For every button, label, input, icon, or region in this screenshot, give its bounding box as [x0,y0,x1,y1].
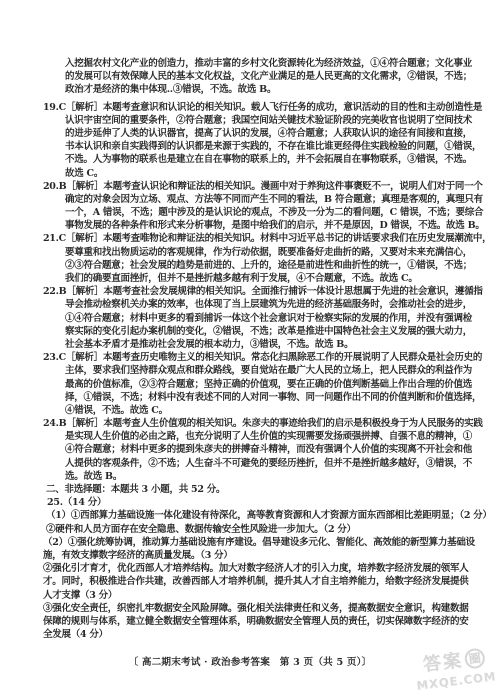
answer-cont-line: 一个，A 错误，不选；题中涉及的是认识论的观点，不涉及一分为二的看问题，C 错误… [65,206,473,219]
question18-tail-paragraph: 入挖掘农村文化产业的创造力，推动丰富的乡村文化资源转化为经济效益，①④符合题意；… [43,57,473,97]
answer-first-line: 20.B［解析］本题考查认识论和辩证法的相关知识。漫画中对于养狗这件事褒贬不一，… [43,180,473,193]
answer-cont-line: ①④符合题意；材料中更多的看到捕诉一体这个社会意识对于检察实际的发展的作用，并没… [65,312,473,325]
intro-line: 入挖掘农村文化产业的创造力，推动丰富的乡村文化资源转化为经济效益，①④符合题意；… [65,57,473,70]
answer-cont-line: 人提供的客观条件，②不选；人生奋斗不可避免的要经历挫折，但并不是挫折越多越好，③… [65,457,473,470]
q25-line: 保障的规则与体系，建立健全数据安全管理体系，明确数据安全管理人员的责任，切实保障… [43,615,473,628]
answer-cont-line: ④错误，不选。故选 C。 [65,404,473,417]
answer-cont-line: 是实现人生价值的必由之路，也充分说明了人生价值的实现需要发扬顽强拼搏、自强不息的… [65,430,473,443]
answer-cont-line: 故选 C。 [65,167,473,180]
answer-first-text: ［解析］本题考查意识和认识论的相关知识。载人飞行任务的成功，意识活动的目的性和主… [66,102,482,113]
answer-cont-line: 认识宇宙空间的重要条件，②符合题意；我国空间站关键技术验证阶段的完美收官也说明了… [65,114,473,127]
answer-first-text: ［解析］本题考查历史唯物主义的相关知识。常态化扫黑除恶工作的开展说明了人民群众是… [66,352,482,363]
answer-cont-line: 主体，要求我们坚持群众观点和群众路线，要自觉站在最广大人民的立场上，把人民群众的… [65,364,473,377]
q25-line: ③强化安全责任，织密扎牢数据安全风险屏障。强化相关法律责任和义务，提高数据安全意… [43,602,473,615]
q25-line: 施，有效支撑数字经济的高质量发展。（3 分） [43,549,473,562]
answer-cont-line: ④符合题意；材料中更多的提到朱彦夫的拼搏奋斗精神，而没有强调个人价值的实现离不开… [65,443,473,456]
q25-line: （1）①西部算力基础设施一体化建设有待深化，高等教育资源和人才资源方面东西部相比… [46,509,473,522]
answer-number: 21.C [43,232,66,245]
answer-first-line: 19.C［解析］本题考查意识和认识论的相关知识。载人飞行任务的成功，意识活动的目… [43,101,473,114]
answer-cont-line: 书本认识和亲自实践得到的认识都是来源于实践的，不存在谁比谁更经得住实践检验的问题… [65,140,473,153]
q25-line: （2）①强化统筹协调，推动算力基础设施有序建设。倡导建设多元化、智能化、高效能的… [43,536,473,549]
answer-first-line: 21.C［解析］本题考查唯物论和辩证法的相关知识。材料中习近平总书记的讲话要求我… [43,232,473,245]
answer-cont-line: 导会推动检察机关办案的效率，也体现了当上层建筑为先进的经济基础服务时，会推动社会… [65,298,473,311]
question25-answer: （1）①西部算力基础设施一体化建设有待深化，高等教育资源和人才资源方面东西部相比… [43,509,473,641]
q25-line: ②硬件和人员方面存在安全隐患、数据传输安全性风险进一步加大。（2 分） [46,523,473,536]
answer-number: 19.C [43,101,66,114]
answer-number: 20.B [43,180,66,193]
question25-number: 25.（14 分） [47,496,473,509]
answer-first-text: ［解析］本题考查唯物论和辩证法的相关知识。材料中习近平总书记的讲话要求我们在历史… [66,233,492,244]
answer-number: 24.B [43,417,66,430]
watermark-brand-text: 答案 [422,650,464,676]
answer-first-text: ［解析］本题考查社会发展规律的相关知识。全面推行捕诉一体设计思想属于先进的社会意… [66,286,482,297]
answer-sheet-page: 入挖掘农村文化产业的创造力，推动丰富的乡村文化资源转化为经济效益，①④符合题意；… [0,0,500,693]
answer-number: 23.C [43,351,66,364]
q25-line: ②强化引才育才，优化西部人才培养结构。加大对数字经济人才的引入力度，培养数字经济… [43,562,473,575]
answer-cont-line: 选。故选 B。 [65,470,473,483]
answer-cont-line: 我们的确要直面挫折，但并不是挫折越多越有利于发展，④不合题意，不选。故选 C。 [65,272,473,285]
answer-cont-line: 事物发展的各种条件和形式来分析事物，是图中给我们的启示，并不是原因，D 错误，不… [65,219,473,232]
answer-cont-line: 要尊重和找出物质运动的客观规律，作为行动依据，既要准备好走曲折的路，又要对未来充… [65,246,473,259]
answer-cont-line: 确定的对象会因为立场、观点、方法等不同而产生不同的看法，B 符合题意；真理是客观… [65,193,473,206]
answer-first-text: ［解析］本题考查人生价值观的相关知识。朱彦夫的事迹给我们的启示是积极投身于为人民… [66,418,482,429]
answer-cont-line: 不选。人为事物的联系也是建立在自在事物的联系上的，并不会拓展自在事物联系，③错误… [65,153,473,166]
section2-heading: 二、非选择题：本题共 3 小题，共 52 分。 [46,483,473,496]
watermark-circle-glyph: 圈 [464,647,486,669]
intro-line: 的发展可以有效保障人民的基本文化权益，文化产业满足的是人民更高的文化需求，②错误… [65,70,473,83]
answer-first-line: 23.C［解析］本题考查历史唯物主义的相关知识。常态化扫黑除恶工作的开展说明了人… [43,351,473,364]
answer-first-line: 24.B［解析］本题考查人生价值观的相关知识。朱彦夫的事迹给我们的启示是积极投身… [43,417,473,430]
answer-first-line: 22.B［解析］本题考查社会发展规律的相关知识。全面推行捕诉一体设计思想属于先进… [43,285,473,298]
answer-cont-line: 的进步延伸了人类的认识器官，提高了认识的发展，④符合题意；人获取认识的途径有间接… [65,127,473,140]
q25-line: 人才支撑（3 分） [43,589,473,602]
answer-cont-line: 择，①错误，不选；材料中没有表述不同的人对同一事物、同一问题作出不同的价值判断和… [65,391,473,404]
answer-number: 22.B [43,285,66,298]
answer-cont-line: ②③符合题意；社会发展的趋势是前进的、上升的，途径是前进性和曲折性的统一，①错误… [65,259,473,272]
answer-cont-line: 最高的价值标准，②③符合题意；坚持正确的价值观，要在正确的价值判断基础上作出合理… [65,378,473,391]
answers-text-block: 入挖掘农村文化产业的创造力，推动丰富的乡村文化资源转化为经济效益，①④符合题意；… [43,57,473,641]
answer-cont-line: 社会基本矛盾才是推动社会发展的根本动力，③错误，不选。故选 B。 [65,338,473,351]
q25-line: 全发展（4 分） [43,628,473,641]
q25-line: 才。同时，积极推进合作共建，改善西部人才培养机制，提升其人才自主培养能力，给数字… [43,575,473,588]
intro-line: 政治才是经济的集中体现..③错误，不选。故选 B。 [65,83,473,96]
answer-first-text: ［解析］本题考查认识论和辩证法的相关知识。漫画中对于养狗这件事褒贬不一，说明人们… [66,181,482,192]
choice-answer-explanations: 19.C［解析］本题考查意识和认识论的相关知识。载人飞行任务的成功，意识活动的目… [43,101,473,483]
answer-cont-line: 察实际的变化引起办案机制的变化，②错误，不选；改革是推进中国特色社会主义发展的强… [65,325,473,338]
